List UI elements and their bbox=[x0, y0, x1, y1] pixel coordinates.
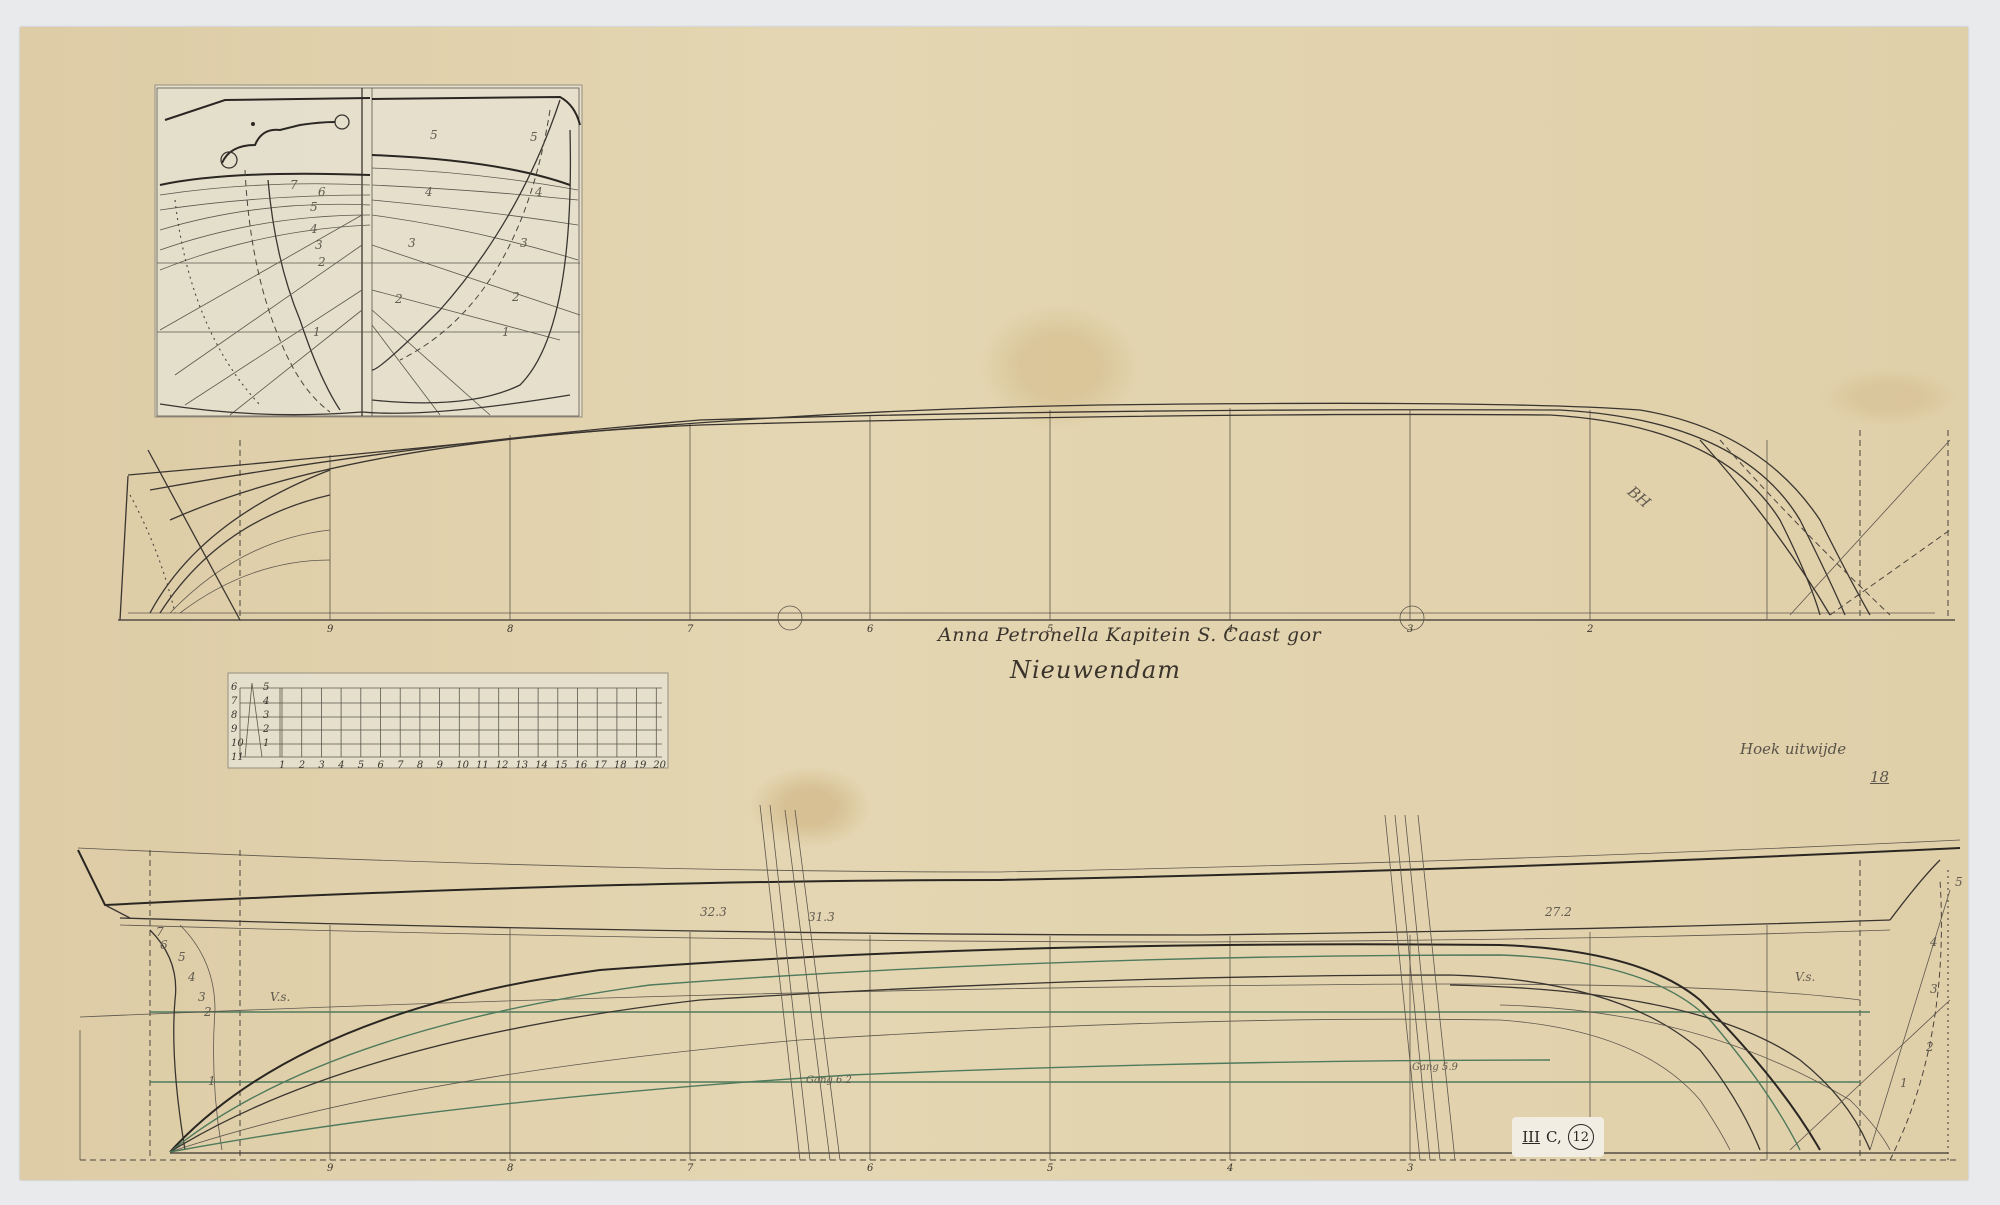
archive-number: 12 bbox=[1568, 1124, 1594, 1150]
stern-wl-7: 7 bbox=[156, 925, 164, 939]
scale-inner-tick: 2 bbox=[263, 724, 269, 735]
scale-bottom-tick: 2 bbox=[299, 760, 305, 771]
marginal-note-number: 18 bbox=[1870, 768, 1889, 786]
upper-station-label: 6 bbox=[867, 624, 873, 635]
stern-wl-1: 1 bbox=[208, 1074, 216, 1088]
waterline-label-stern: V.s. bbox=[270, 990, 290, 1004]
bar-note-1: Gang 6.2 bbox=[806, 1075, 852, 1086]
scale-bottom-tick: 18 bbox=[614, 760, 627, 771]
bp-right-2a: 2 bbox=[395, 292, 403, 306]
scale-inner-tick: 3 bbox=[263, 710, 269, 721]
scale-bottom-tick: 5 bbox=[358, 760, 364, 771]
bow-wl-2: 2 bbox=[1926, 1040, 1934, 1054]
upper-station-label: 8 bbox=[507, 624, 513, 635]
bow-wl-4: 4 bbox=[1930, 935, 1938, 949]
scale-inner-tick: 1 bbox=[263, 738, 269, 749]
upper-plan bbox=[118, 403, 1955, 630]
stern-wl-3: 3 bbox=[198, 990, 206, 1004]
place-name: Nieuwendam bbox=[1010, 656, 1181, 684]
stern-wl-2: 2 bbox=[204, 1005, 212, 1019]
lower-station-label: 5 bbox=[1047, 1163, 1053, 1174]
archive-label: III C, 12 bbox=[1512, 1117, 1604, 1157]
bp-left-6: 6 bbox=[318, 185, 326, 199]
ship-lines-drawing bbox=[0, 0, 2000, 1205]
waterline-label-bow: V.s. bbox=[1795, 970, 1815, 984]
scale-bottom-tick: 13 bbox=[515, 760, 528, 771]
lower-station-label: 4 bbox=[1227, 1163, 1233, 1174]
bp-left-7: 7 bbox=[290, 178, 298, 192]
bp-left-3: 3 bbox=[315, 238, 323, 252]
bow-wl-3: 3 bbox=[1930, 982, 1938, 996]
bow-wl-1: 1 bbox=[1900, 1076, 1908, 1090]
scale-left-tick: 6 bbox=[231, 682, 237, 693]
bp-right-3b: 3 bbox=[520, 236, 528, 250]
lower-profile bbox=[78, 805, 1960, 1160]
scale-bottom-tick: 4 bbox=[338, 760, 344, 771]
bp-left-1: 1 bbox=[313, 325, 321, 339]
scale-left-tick: 10 bbox=[231, 738, 244, 749]
scale-left-tick: 11 bbox=[231, 752, 244, 763]
body-plan bbox=[155, 85, 582, 417]
upper-station-label: 3 bbox=[1407, 624, 1413, 635]
upper-station-label: 5 bbox=[1047, 624, 1053, 635]
lower-station-label: 3 bbox=[1407, 1163, 1413, 1174]
scale-bottom-tick: 9 bbox=[437, 760, 443, 771]
bow-wl-5: 5 bbox=[1955, 875, 1963, 889]
scale-bottom-tick: 8 bbox=[417, 760, 423, 771]
scale-bottom-tick: 17 bbox=[594, 760, 607, 771]
vessel-title: Anna Petronella Kapitein S. Caast gor bbox=[938, 624, 1321, 646]
scale-inner-tick: 4 bbox=[263, 696, 269, 707]
dimension-label-1: 32.3 bbox=[700, 905, 727, 919]
stern-wl-5: 5 bbox=[178, 950, 186, 964]
bp-right-3a: 3 bbox=[408, 236, 416, 250]
scale-bottom-tick: 10 bbox=[456, 760, 469, 771]
upper-station-label: 9 bbox=[327, 624, 333, 635]
scale-bottom-tick: 3 bbox=[318, 760, 324, 771]
bar-note-2: Gang 5.9 bbox=[1412, 1062, 1458, 1073]
scale-bottom-tick: 7 bbox=[397, 760, 403, 771]
scale-bottom-tick: 20 bbox=[653, 760, 666, 771]
bp-right-4a: 4 bbox=[425, 185, 433, 199]
lower-station-label: 7 bbox=[687, 1163, 693, 1174]
bp-right-5b: 5 bbox=[530, 130, 538, 144]
scale-left-tick: 9 bbox=[231, 724, 237, 735]
lower-station-label: 9 bbox=[327, 1163, 333, 1174]
scale-left-tick: 7 bbox=[231, 696, 237, 707]
scale-inner-tick: 5 bbox=[263, 682, 269, 693]
dimension-label-3: 27.2 bbox=[1545, 905, 1572, 919]
upper-station-label: 7 bbox=[687, 624, 693, 635]
scale-bottom-tick: 15 bbox=[555, 760, 568, 771]
bp-right-4b: 4 bbox=[535, 185, 543, 199]
stern-wl-6: 6 bbox=[160, 938, 168, 952]
scale-left-tick: 8 bbox=[231, 710, 237, 721]
bp-left-2: 2 bbox=[318, 255, 326, 269]
scale-bottom-tick: 16 bbox=[575, 760, 588, 771]
scale-bottom-tick: 12 bbox=[496, 760, 509, 771]
archive-roman: III bbox=[1522, 1128, 1540, 1146]
scale-bottom-tick: 6 bbox=[378, 760, 384, 771]
bp-right-2b: 2 bbox=[512, 290, 520, 304]
bp-left-4: 4 bbox=[310, 222, 318, 236]
scale-bottom-tick: 14 bbox=[535, 760, 548, 771]
scale-bottom-tick: 19 bbox=[634, 760, 647, 771]
marginal-note: Hoek uitwijde bbox=[1740, 740, 1846, 758]
upper-station-label: 4 bbox=[1227, 624, 1233, 635]
scale-bottom-tick: 11 bbox=[476, 760, 489, 771]
scale-bar bbox=[228, 673, 668, 768]
dimension-label-2: 31.3 bbox=[808, 910, 835, 924]
bp-right-1: 1 bbox=[502, 325, 510, 339]
archive-letter: C, bbox=[1546, 1128, 1562, 1146]
scale-bottom-tick: 1 bbox=[279, 760, 285, 771]
stern-wl-4: 4 bbox=[188, 970, 196, 984]
bp-left-5: 5 bbox=[310, 200, 318, 214]
bp-right-5a: 5 bbox=[430, 128, 438, 142]
lower-station-label: 6 bbox=[867, 1163, 873, 1174]
lower-station-label: 8 bbox=[507, 1163, 513, 1174]
upper-station-label: 2 bbox=[1587, 624, 1593, 635]
